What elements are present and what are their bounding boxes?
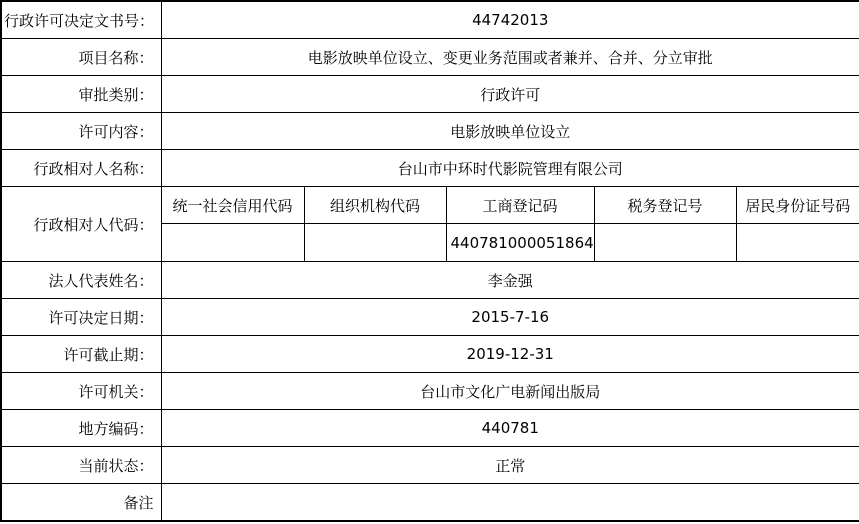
row-current-status: 当前状态： 正常 [1, 447, 859, 484]
value-local-code: 440781 [161, 410, 859, 447]
row-license-content: 许可内容： 电影放映单位设立 [1, 113, 859, 150]
row-expiry-date: 许可截止期： 2019-12-31 [1, 336, 859, 373]
label-current-status: 当前状态： [1, 447, 161, 484]
row-local-code: 地方编码： 440781 [1, 410, 859, 447]
label-counterpart-name: 行政相对人名称： [1, 150, 161, 187]
value-remarks [161, 484, 859, 522]
label-licensing-authority: 许可机关： [1, 373, 161, 410]
row-remarks: 备注 [1, 484, 859, 522]
value-resident-id-number [736, 224, 859, 262]
value-business-registration-code: 440781000051864 [446, 224, 594, 262]
value-decision-date: 2015-7-16 [161, 299, 859, 336]
value-expiry-date: 2019-12-31 [161, 336, 859, 373]
colhead-resident-id-number: 居民身份证号码 [736, 187, 859, 224]
label-project-name: 项目名称： [1, 39, 161, 76]
value-current-status: 正常 [161, 447, 859, 484]
label-counterpart-code: 行政相对人代码： [1, 187, 161, 262]
label-expiry-date: 许可截止期： [1, 336, 161, 373]
value-counterpart-name: 台山市中环时代影院管理有限公司 [161, 150, 859, 187]
label-local-code: 地方编码： [1, 410, 161, 447]
colhead-organization-code: 组织机构代码 [304, 187, 446, 224]
label-document-number: 行政许可决定文书号： [1, 1, 161, 39]
label-remarks: 备注 [1, 484, 161, 522]
label-legal-representative: 法人代表姓名： [1, 262, 161, 299]
value-tax-registration-number [594, 224, 736, 262]
row-licensing-authority: 许可机关： 台山市文化广电新闻出版局 [1, 373, 859, 410]
colhead-unified-social-credit-code: 统一社会信用代码 [161, 187, 304, 224]
label-approval-category: 审批类别： [1, 76, 161, 113]
row-counterpart-name: 行政相对人名称： 台山市中环时代影院管理有限公司 [1, 150, 859, 187]
value-document-number: 44742013 [161, 1, 859, 39]
row-counterpart-code-header: 行政相对人代码： 统一社会信用代码 组织机构代码 工商登记码 税务登记号 居民身… [1, 187, 859, 224]
row-project-name: 项目名称： 电影放映单位设立、变更业务范围或者兼并、合并、分立审批 [1, 39, 859, 76]
colhead-business-registration-code: 工商登记码 [446, 187, 594, 224]
license-record-table: 行政许可决定文书号： 44742013 项目名称： 电影放映单位设立、变更业务范… [0, 0, 859, 522]
value-licensing-authority: 台山市文化广电新闻出版局 [161, 373, 859, 410]
value-project-name: 电影放映单位设立、变更业务范围或者兼并、合并、分立审批 [161, 39, 859, 76]
row-approval-category: 审批类别： 行政许可 [1, 76, 859, 113]
row-legal-representative: 法人代表姓名： 李金强 [1, 262, 859, 299]
colhead-tax-registration-number: 税务登记号 [594, 187, 736, 224]
label-license-content: 许可内容： [1, 113, 161, 150]
value-organization-code [304, 224, 446, 262]
value-unified-social-credit-code [161, 224, 304, 262]
row-document-number: 行政许可决定文书号： 44742013 [1, 1, 859, 39]
label-decision-date: 许可决定日期： [1, 299, 161, 336]
value-approval-category: 行政许可 [161, 76, 859, 113]
value-legal-representative: 李金强 [161, 262, 859, 299]
value-license-content: 电影放映单位设立 [161, 113, 859, 150]
row-decision-date: 许可决定日期： 2015-7-16 [1, 299, 859, 336]
